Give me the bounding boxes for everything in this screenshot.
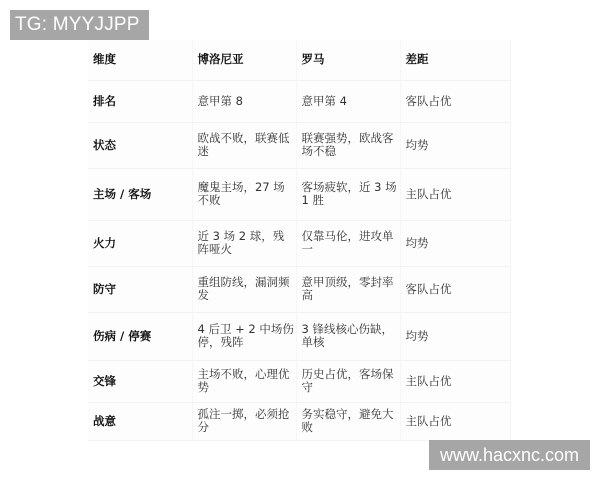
row-dimension: 状态 (88, 122, 192, 168)
table-row: 伤病 / 停赛 4 后卫 + 2 中场伤停，残阵 3 锋线核心伤缺，单核 均势 (88, 312, 510, 360)
row-bologna: 孤注一掷，必须抢分 (192, 402, 296, 440)
row-roma: 联赛强势，欧战客场不稳 (296, 122, 400, 168)
row-bologna: 重组防线，漏洞频发 (192, 266, 296, 312)
row-bologna: 意甲第 8 (192, 80, 296, 122)
row-roma: 3 锋线核心伤缺，单核 (296, 312, 400, 360)
row-gap: 客队占优 (400, 266, 510, 312)
row-gap: 均势 (400, 312, 510, 360)
table-row: 主场 / 客场 魔鬼主场，27 场不败 客场疲软，近 3 场 1 胜 主队占优 (88, 168, 510, 220)
row-roma: 仅靠马伦，进攻单一 (296, 220, 400, 266)
table-row: 状态 欧战不败，联赛低迷 联赛强势，欧战客场不稳 均势 (88, 122, 510, 168)
comparison-table: 维度 博洛尼亚 罗马 差距 排名 意甲第 8 意甲第 4 客队占优 状态 欧战不… (88, 40, 511, 441)
row-bologna: 4 后卫 + 2 中场伤停，残阵 (192, 312, 296, 360)
watermark-top: TG: MYYJJPP (10, 10, 149, 40)
row-bologna: 主场不败，心理优势 (192, 360, 296, 402)
header-dimension: 维度 (88, 40, 192, 80)
table-row: 火力 近 3 场 2 球，残阵哑火 仅靠马伦，进攻单一 均势 (88, 220, 510, 266)
row-gap: 主队占优 (400, 402, 510, 440)
table-row: 防守 重组防线，漏洞频发 意甲顶级，零封率高 客队占优 (88, 266, 510, 312)
row-bologna: 魔鬼主场，27 场不败 (192, 168, 296, 220)
row-dimension: 战意 (88, 402, 192, 440)
header-roma: 罗马 (296, 40, 400, 80)
watermark-bottom: www.hacxnc.com (429, 440, 590, 470)
row-dimension: 主场 / 客场 (88, 168, 192, 220)
row-gap: 客队占优 (400, 80, 510, 122)
table-row: 战意 孤注一掷，必须抢分 务实稳守，避免大败 主队占优 (88, 402, 510, 440)
row-dimension: 火力 (88, 220, 192, 266)
row-gap: 均势 (400, 122, 510, 168)
row-roma: 意甲第 4 (296, 80, 400, 122)
row-bologna: 近 3 场 2 球，残阵哑火 (192, 220, 296, 266)
row-roma: 意甲顶级，零封率高 (296, 266, 400, 312)
table-row: 交锋 主场不败，心理优势 历史占优，客场保守 主队占优 (88, 360, 510, 402)
row-dimension: 防守 (88, 266, 192, 312)
row-gap: 均势 (400, 220, 510, 266)
row-roma: 务实稳守，避免大败 (296, 402, 400, 440)
row-dimension: 排名 (88, 80, 192, 122)
header-bologna: 博洛尼亚 (192, 40, 296, 80)
row-gap: 主队占优 (400, 360, 510, 402)
row-gap: 主队占优 (400, 168, 510, 220)
row-bologna: 欧战不败，联赛低迷 (192, 122, 296, 168)
table-row: 排名 意甲第 8 意甲第 4 客队占优 (88, 80, 510, 122)
row-dimension: 交锋 (88, 360, 192, 402)
comparison-table-container: 维度 博洛尼亚 罗马 差距 排名 意甲第 8 意甲第 4 客队占优 状态 欧战不… (88, 40, 510, 440)
table-header-row: 维度 博洛尼亚 罗马 差距 (88, 40, 510, 80)
row-dimension: 伤病 / 停赛 (88, 312, 192, 360)
page: TG: MYYJJPP 维度 博洛尼亚 罗马 差距 排名 意甲第 8 意甲第 4… (0, 0, 600, 480)
header-gap: 差距 (400, 40, 510, 80)
row-roma: 历史占优，客场保守 (296, 360, 400, 402)
row-roma: 客场疲软，近 3 场 1 胜 (296, 168, 400, 220)
